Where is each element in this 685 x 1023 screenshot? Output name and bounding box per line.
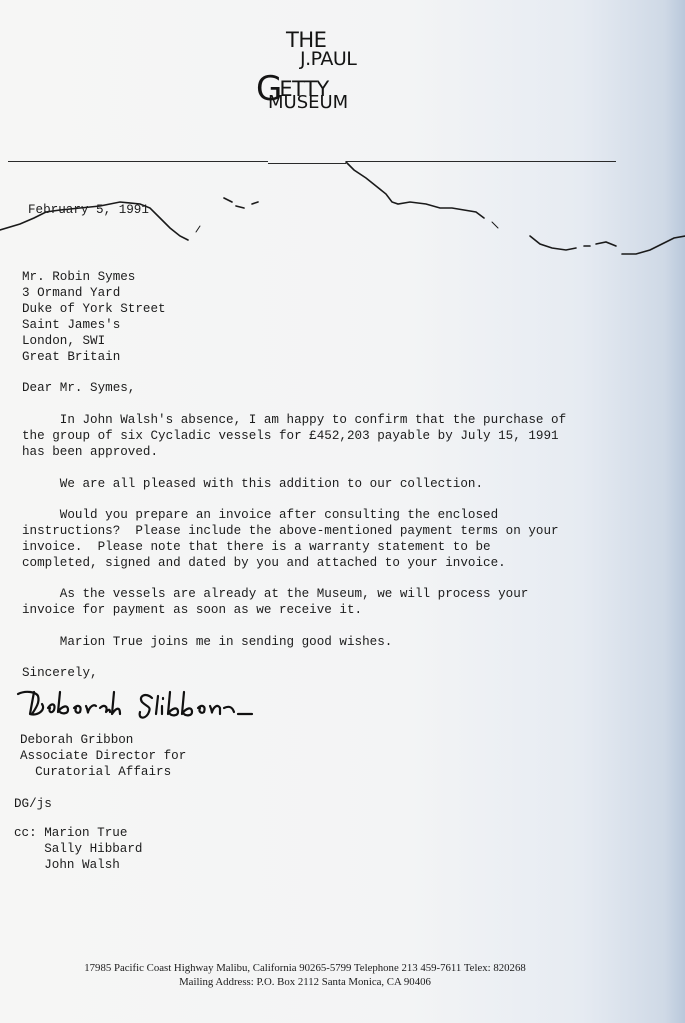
salutation: Dear Mr. Symes, [22, 381, 135, 397]
handwritten-signature [12, 684, 282, 726]
body-paragraph: Would you prepare an invoice after consu… [22, 508, 559, 572]
address-line: Saint James's [22, 318, 166, 334]
cc-recipient: Sally Hibbard [44, 842, 142, 856]
footer-address-line: 17985 Pacific Coast Highway Malibu, Cali… [0, 961, 610, 975]
signer-block: Deborah GribbonAssociate Director for Cu… [20, 733, 186, 781]
address-line: London, SWI [22, 334, 166, 350]
closing: Sincerely, [22, 666, 98, 682]
letter-date: February 5, 1991 [28, 203, 149, 219]
cc-list: cc: Marion True Sally Hibbard John Walsh [14, 826, 142, 874]
signer-title: Curatorial Affairs [20, 765, 186, 781]
letterhead-footer: 17985 Pacific Coast Highway Malibu, Cali… [0, 961, 610, 989]
footer-mailing-line: Mailing Address: P.O. Box 2112 Santa Mon… [0, 975, 610, 989]
cc-recipient: Marion True [44, 826, 127, 840]
recipient-address: Mr. Robin Symes3 Ormand YardDuke of York… [22, 270, 166, 365]
body-paragraph: We are all pleased with this addition to… [22, 477, 483, 493]
address-line: Great Britain [22, 350, 166, 366]
cc-label: cc: [14, 826, 37, 840]
body-paragraph: Marion True joins me in sending good wis… [22, 635, 392, 651]
logo-line-museum: MUSEUM [268, 94, 348, 112]
address-line: Duke of York Street [22, 302, 166, 318]
signer-title: Associate Director for [20, 749, 186, 765]
reference-initials: DG/js [14, 797, 52, 813]
body-paragraph: In John Walsh's absence, I am happy to c… [22, 413, 566, 461]
cc-recipient: John Walsh [44, 858, 120, 872]
address-line: 3 Ormand Yard [22, 286, 166, 302]
body-paragraph: As the vessels are already at the Museum… [22, 587, 528, 619]
logo-line-jpaul: J.PAUL [300, 50, 356, 69]
address-line: Mr. Robin Symes [22, 270, 166, 286]
signer-name: Deborah Gribbon [20, 733, 186, 749]
letter-page: THE J.PAUL GETTY MUSEUM February 5, 1991… [0, 0, 685, 1023]
